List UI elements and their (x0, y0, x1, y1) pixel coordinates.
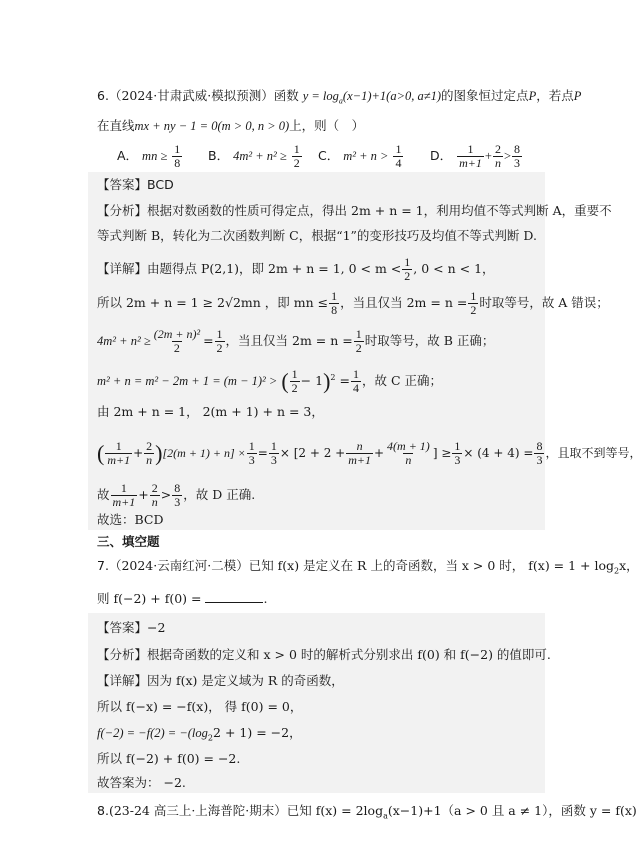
q7-answer: 【答案】−2 (97, 620, 165, 636)
fraction: 12 (292, 143, 302, 170)
q6-number: 6. (97, 88, 109, 103)
fraction: 18 (172, 143, 182, 170)
fraction: (2m + n)²2 (152, 328, 202, 355)
q6-detail-line4: m² + n = m² − 2m + 1 = (m − 1)² > (12− 1… (97, 368, 442, 395)
fill-in-blank[interactable] (205, 592, 263, 603)
q6-answer: 【答案】BCD (97, 177, 174, 193)
analysis-text: 等式判断 B，转化为二次函数判断 C，根据“1”的变形技巧及均值不等式判断 D. (97, 228, 537, 243)
q6-stem-text3: ，若点 (536, 88, 574, 103)
detail-tag: 【详解】 (97, 261, 147, 276)
q6-stem-text2: 的图象恒过定点 (441, 88, 529, 103)
fraction: 12 (215, 328, 225, 355)
answer-tag: 【答案】 (97, 177, 147, 192)
q6-line2-text2: 上，则（ ） (289, 118, 364, 133)
q6-analysis-line1: 【分析】根据对数函数的性质可得定点，得出 2m + n = 1，利用均值不等式判… (97, 203, 612, 219)
q6-source: （2024·甘肃武威·模拟预测） (109, 88, 274, 103)
q8-number: 8. (97, 803, 109, 818)
answer-tag: 【答案】 (97, 620, 147, 635)
analysis-text: 根据奇函数的定义和 x > 0 时的解析式分别求出 f(0) 和 f(−2) 的… (147, 647, 551, 662)
analysis-text: 根据对数函数的性质可得定点，得出 2m + n = 1，利用均值不等式判断 A，… (147, 203, 612, 218)
q7-detail-line2: 所以 f(−x) = −f(x)， 得 f(0) = 0， (97, 699, 302, 715)
answer-value: −2 (147, 620, 165, 635)
q6-point2: P (574, 89, 582, 103)
q6-detail-line3: 4m² + n² ≥(2m + n)²2=12，当且仅当 2m = n =12时… (97, 328, 494, 355)
fraction: 12 (290, 368, 300, 395)
fraction: 83 (534, 440, 544, 467)
q6-option-c: C． m² + n > 14 (318, 143, 404, 170)
q8-stem-line1: 8.(23-24 高三上·上海普陀·期末）已知 f(x) = 2loga(x−1… (97, 803, 637, 825)
q6-analysis-line2: 等式判断 B，转化为二次函数判断 C，根据“1”的变形技巧及均值不等式判断 D. (97, 228, 537, 244)
q7-analysis: 【分析】根据奇函数的定义和 x > 0 时的解析式分别求出 f(0) 和 f(−… (97, 647, 551, 663)
fraction: 2n (150, 482, 160, 509)
fraction: 12 (468, 290, 478, 317)
fraction: 83 (512, 143, 522, 170)
analysis-tag: 【分析】 (97, 647, 147, 662)
q6-stem-line1: 6.（2024·甘肃武威·模拟预测）函数 y = loga(x−1)+1(a>0… (97, 88, 581, 110)
fraction: 13 (452, 440, 462, 467)
q7-source: （2024·云南红河·二模） (109, 558, 249, 573)
q7-detail-line1: 【详解】因为 f(x) 是定义域为 R 的奇函数， (97, 673, 344, 689)
fraction: 83 (172, 482, 182, 509)
q8-source: (23-24 高三上·上海普陀·期末） (109, 803, 287, 818)
section-heading: 三、填空题 (97, 534, 160, 550)
q6-detail-line6: (1m+1+2n)[2(m + 1) + n] ×13=13× [2 + 2 +… (97, 440, 640, 467)
q6-stem-text: 函数 (274, 88, 299, 103)
option-label: D． (430, 148, 452, 163)
q8-stem-text: 已知 f(x) = 2log (287, 803, 383, 818)
fraction: 14 (351, 368, 361, 395)
q6-line2-text: 在直线 (97, 118, 135, 133)
fraction: 2n (493, 143, 503, 170)
option-label: B． (208, 148, 229, 163)
fraction: 4(m + 1)n (385, 440, 432, 467)
option-expression: m² + n > (343, 149, 388, 163)
q6-choice: 故选：BCD (97, 512, 164, 528)
fraction: 1m+1 (457, 143, 484, 170)
option-label: C． (318, 148, 339, 163)
q6-option-b: B． 4m² + n² ≥ 12 (208, 143, 303, 170)
q7-detail-line3: f(−2) = −f(2) = −(log22 + 1) = −2， (97, 725, 302, 747)
analysis-tag: 【分析】 (97, 203, 147, 218)
fraction: 2n (144, 440, 154, 467)
fraction: 1m+1 (105, 440, 132, 467)
q7-detail-line4: 所以 f(−2) + f(0) = −2. (97, 751, 240, 767)
fraction: 18 (329, 290, 339, 317)
q7-stem-line2: 则 f(−2) + f(0) = . (97, 591, 267, 607)
q6-stem-line2: 在直线mx + ny − 1 = 0(m > 0, n > 0)上，则（ ） (97, 118, 364, 134)
q7-number: 7. (97, 558, 109, 573)
q7-stem-line1: 7.（2024·云南红河·二模）已知 f(x) 是定义在 R 上的奇函数，当 x… (97, 558, 639, 580)
q6-option-a: A． mn ≥ 18 (117, 143, 183, 170)
q6-detail-line2: 所以 2m + n = 1 ≥ 2√2mn ，即 mn ≤18，当且仅当 2m … (97, 290, 609, 317)
q6-function-formula: y = loga(x−1)+1(a>0, a≠1) (303, 89, 441, 103)
fraction: 13 (247, 440, 257, 467)
fraction: nm+1 (346, 440, 373, 467)
q6-line-formula: mx + ny − 1 = 0(m > 0, n > 0) (135, 119, 290, 133)
fraction: 13 (269, 440, 279, 467)
fraction: 12 (354, 328, 364, 355)
answer-value: BCD (147, 177, 174, 192)
q6-detail-line1: 【详解】由题得点 P(2,1)，即 2m + n = 1, 0 < m <12,… (97, 256, 495, 283)
q6-option-d: D． 1m+1+2n>83 (430, 143, 523, 170)
q7-stem-text: 已知 f(x) 是定义在 R 上的奇函数，当 x > 0 时， f(x) = 1… (249, 558, 614, 573)
q6-detail-line5: 由 2m + n = 1， 2(m + 1) + n = 3， (97, 404, 324, 420)
q6-detail-line7: 故1m+1+2n>83，故 D 正确. (97, 482, 255, 509)
q7-detail-line5: 故答案为： −2. (97, 775, 186, 791)
fraction: 1m+1 (111, 482, 138, 509)
fraction: 14 (393, 143, 403, 170)
option-expression: 4m² + n² ≥ (233, 149, 287, 163)
option-label: A． (117, 148, 138, 163)
detail-tag: 【详解】 (97, 673, 147, 688)
option-expression: mn ≥ (142, 149, 167, 163)
fraction: 12 (402, 256, 412, 283)
